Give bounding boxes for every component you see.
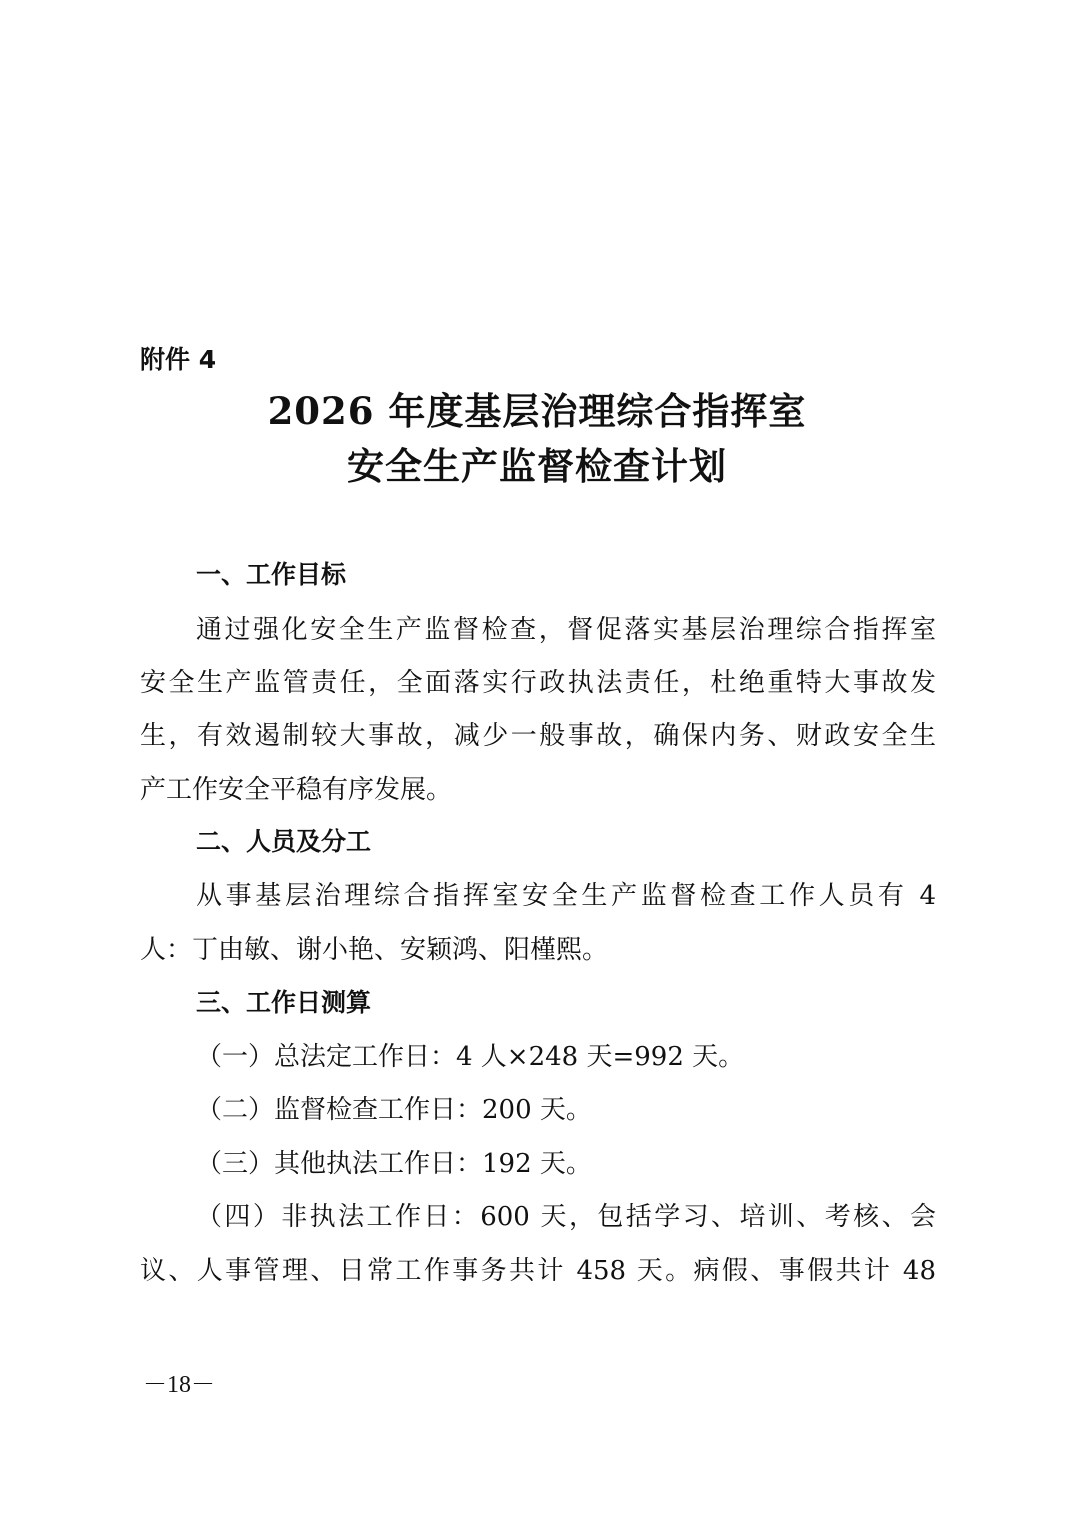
workday-item: （三）其他执法工作日：192 天。 <box>196 1144 936 1184</box>
workday-item: （四）非执法工作日：600 天，包括学习、培训、考核、会 <box>196 1197 936 1237</box>
document-page: 附件 4 2026 年度基层治理综合指挥室 安全生产监督检查计划 一、工作目标 … <box>0 0 1074 1520</box>
document-title-line-2: 安全生产监督检查计划 <box>0 436 1074 496</box>
workday-item: （二）监督检查工作日：200 天。 <box>196 1090 936 1130</box>
paragraph-line: 从事基层治理综合指挥室安全生产监督检查工作人员有 4 <box>196 876 936 916</box>
paragraph-line: 生，有效遏制较大事故，减少一般事故，确保内务、财政安全生 <box>140 716 936 756</box>
section-heading-goals: 一、工作目标 <box>196 555 346 595</box>
attachment-label: 附件 4 <box>140 340 216 380</box>
workday-item: （一）总法定工作日：4 人×248 天=992 天。 <box>196 1037 936 1077</box>
paragraph-line: 产工作安全平稳有序发展。 <box>140 770 936 810</box>
page-number: －18－ <box>143 1370 215 1400</box>
paragraph-line: 议、人事管理、日常工作事务共计 458 天。病假、事假共计 48 <box>140 1251 936 1291</box>
paragraph-line: 安全生产监管责任，全面落实行政执法责任，杜绝重特大事故发 <box>140 663 936 703</box>
paragraph-line: 通过强化安全生产监督检查，督促落实基层治理综合指挥室 <box>196 610 936 650</box>
document-title-line-1: 2026 年度基层治理综合指挥室 <box>0 381 1074 441</box>
paragraph-line: 人：丁由敏、谢小艳、安颖鸿、阳槿熙。 <box>140 930 936 970</box>
section-heading-staff: 二、人员及分工 <box>196 822 371 862</box>
section-heading-workdays: 三、工作日测算 <box>196 983 371 1023</box>
